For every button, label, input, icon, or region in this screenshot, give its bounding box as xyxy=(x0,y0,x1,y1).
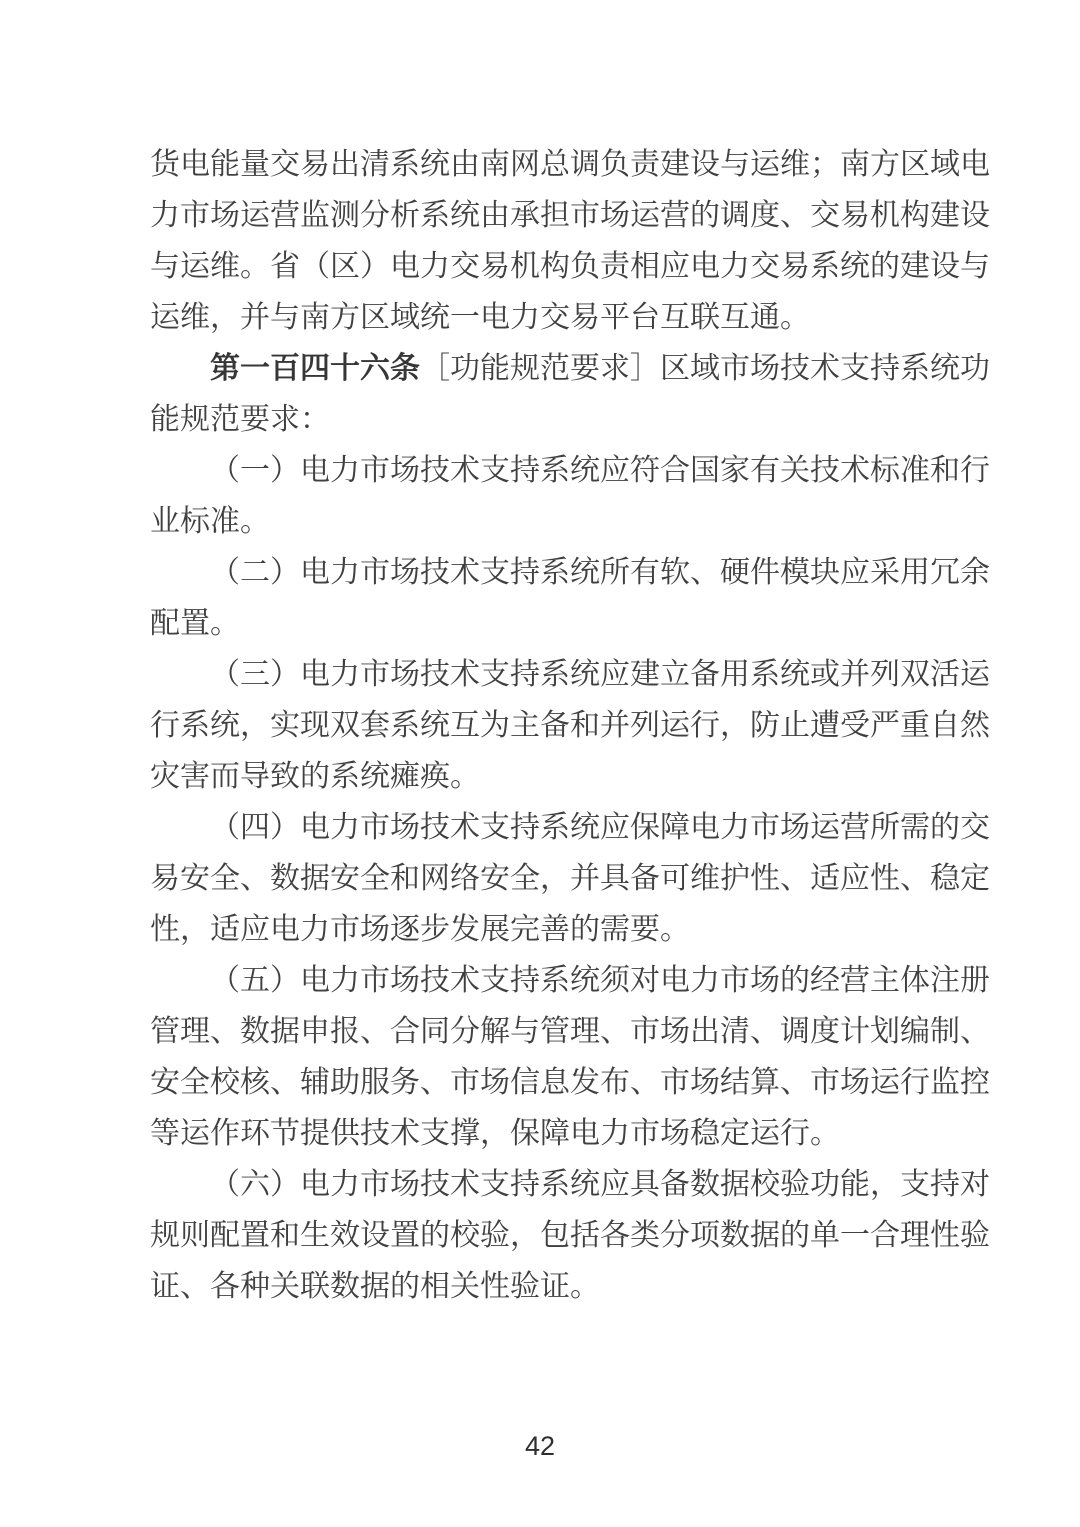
paragraph-item-1: （一）电力市场技术支持系统应符合国家有关技术标准和行业标准。 xyxy=(150,445,990,547)
paragraph-item-3: （三）电力市场技术支持系统应建立备用系统或并列双活运行系统，实现双套系统互为主备… xyxy=(150,649,990,802)
paragraph-item-5: （五）电力市场技术支持系统须对电力市场的经营主体注册管理、数据申报、合同分解与管… xyxy=(150,955,990,1159)
text-body: 货电能量交易出清系统由南网总调负责建设与运维；南方区域电力市场运营监测分析系统由… xyxy=(150,139,990,1312)
paragraph-continuation: 货电能量交易出清系统由南网总调负责建设与运维；南方区域电力市场运营监测分析系统由… xyxy=(150,139,990,343)
document-page: 货电能量交易出清系统由南网总调负责建设与运维；南方区域电力市场运营监测分析系统由… xyxy=(0,0,1080,1527)
paragraph-article-146: 第一百四十六条［功能规范要求］区域市场技术支持系统功能规范要求： xyxy=(150,343,990,445)
article-number: 第一百四十六条 xyxy=(210,352,420,385)
page-number: 42 xyxy=(0,1430,1080,1462)
paragraph-item-4: （四）电力市场技术支持系统应保障电力市场运营所需的交易安全、数据安全和网络安全，… xyxy=(150,802,990,955)
paragraph-item-6: （六）电力市场技术支持系统应具备数据校验功能，支持对规则配置和生效设置的校验，包… xyxy=(150,1159,990,1312)
paragraph-item-2: （二）电力市场技术支持系统所有软、硬件模块应采用冗余配置。 xyxy=(150,547,990,649)
